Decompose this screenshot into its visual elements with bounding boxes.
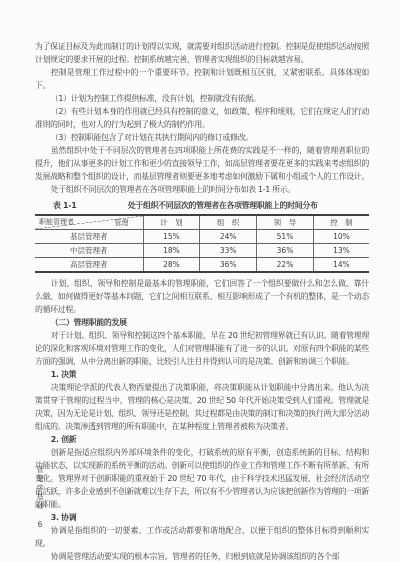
table-cell: 10%: [313, 230, 369, 244]
list-item: （1）计划为控制工作提供标准，没有计划，控制就没有依据。: [35, 92, 369, 105]
table-row: 高层管理者 28% 36% 22% 14%: [35, 258, 369, 273]
table-cell: 22%: [257, 258, 314, 273]
table-cell: 18%: [143, 244, 200, 258]
list-item: （3）控制职能包含了对计划在其执行期间内的修订或修改。: [35, 131, 369, 144]
paragraph: 决策理论学派的代表人物西蒙提出了决策职能，将决策职能从计划职能中分离出来。他认为…: [35, 381, 369, 433]
column-header-lead: 领 导: [257, 215, 314, 230]
table-header-row: 管理 职能管理者 计 划 组 织 领 导 控 制: [35, 215, 369, 230]
book-title-vertical: 管理学基础: [35, 466, 45, 511]
table-cell: 13%: [313, 244, 369, 258]
table-cell: 15%: [143, 230, 200, 244]
subsection-heading: 3. 协调: [35, 511, 369, 524]
table-cell: 14%: [313, 258, 369, 273]
subsection-heading: 1. 决策: [35, 368, 369, 381]
paragraph: 计划、组织、领导和控制是最基本的管理职能，它们回答了一个组织要做什么和怎么做、靠…: [35, 277, 369, 316]
table-cell: 36%: [200, 258, 257, 273]
table-cell: 33%: [200, 244, 257, 258]
paragraph: 虽然组织中处于不同层次的管理者在四项职能上所花费的实践是不一样的，随着管理者职位…: [35, 144, 369, 183]
table-caption: 表 1-1 处于组织不同层次的管理者在各项管理职能上的时间分布: [35, 199, 369, 212]
page-body: 为了保证目标及为此而制订的计划得以实现，就需要对组织活动进行控制。控制是促使组织…: [35, 40, 369, 562]
table-cell: 28%: [143, 258, 200, 273]
table-corner-cell: 管理 职能管理者: [35, 215, 143, 230]
paragraph: 控制是管理工作过程中的一个重要环节。控制和计划既相互区别，又紧密联系。具体体现如…: [35, 66, 369, 92]
paragraph: 处于组织不同层次的管理者在各项管理职能上的时间分布如表 1-1 所示。: [35, 183, 369, 196]
table-cell: 24%: [200, 230, 257, 244]
list-item: （2）有些计划本身的作用就已经具有控制的意义，如政策、程序和规则，它们在规定人们…: [35, 105, 369, 131]
row-label: 中层管理者: [35, 244, 143, 258]
page-number: 6: [38, 520, 43, 529]
page-margin-label: 管理学基础 6: [15, 466, 65, 529]
paragraph: 协调是指组织的一切要素、工作或活动都要和谐地配合，以便于组织的整体目标得到顺利实…: [35, 524, 369, 550]
corner-top-label: 管理: [115, 217, 129, 229]
corner-bottom-label: 职能管理者: [39, 216, 74, 228]
section-heading: （二）管理职能的发展: [35, 316, 369, 329]
table-label: 表 1-1: [53, 199, 76, 212]
column-header-organize: 组 织: [200, 215, 257, 230]
paragraph: 对于计划、组织、领导和控制这四个基本职能，早在 20 世纪初管理界就已有认识。随…: [35, 329, 369, 368]
subsection-heading: 2. 创新: [35, 433, 369, 446]
table-cell: 36%: [257, 244, 314, 258]
time-distribution-table: 管理 职能管理者 计 划 组 织 领 导 控 制 基层管理者 15% 24% 5…: [35, 214, 369, 273]
table-row: 基层管理者 15% 24% 51% 10%: [35, 230, 369, 244]
table-row: 中层管理者 18% 33% 36% 13%: [35, 244, 369, 258]
column-header-plan: 计 划: [143, 215, 200, 230]
row-label: 高层管理者: [35, 258, 143, 273]
paragraph: 协调是管理活动要实现的根本宗旨。管理者的任务，归根到底就是协调该组织的各个部: [35, 550, 369, 562]
row-label: 基层管理者: [35, 230, 143, 244]
paragraph: 创新是指适应组织内外部环境条件的变化，打破系统的原有平衡，创造系统新的目标、结构…: [35, 446, 369, 511]
table-cell: 51%: [257, 230, 314, 244]
paragraph: 为了保证目标及为此而制订的计划得以实现，就需要对组织活动进行控制。控制是促使组织…: [35, 40, 369, 66]
table-title: 处于组织不同层次的管理者在各项管理职能上的时间分布: [76, 199, 369, 212]
column-header-control: 控 制: [313, 215, 369, 230]
